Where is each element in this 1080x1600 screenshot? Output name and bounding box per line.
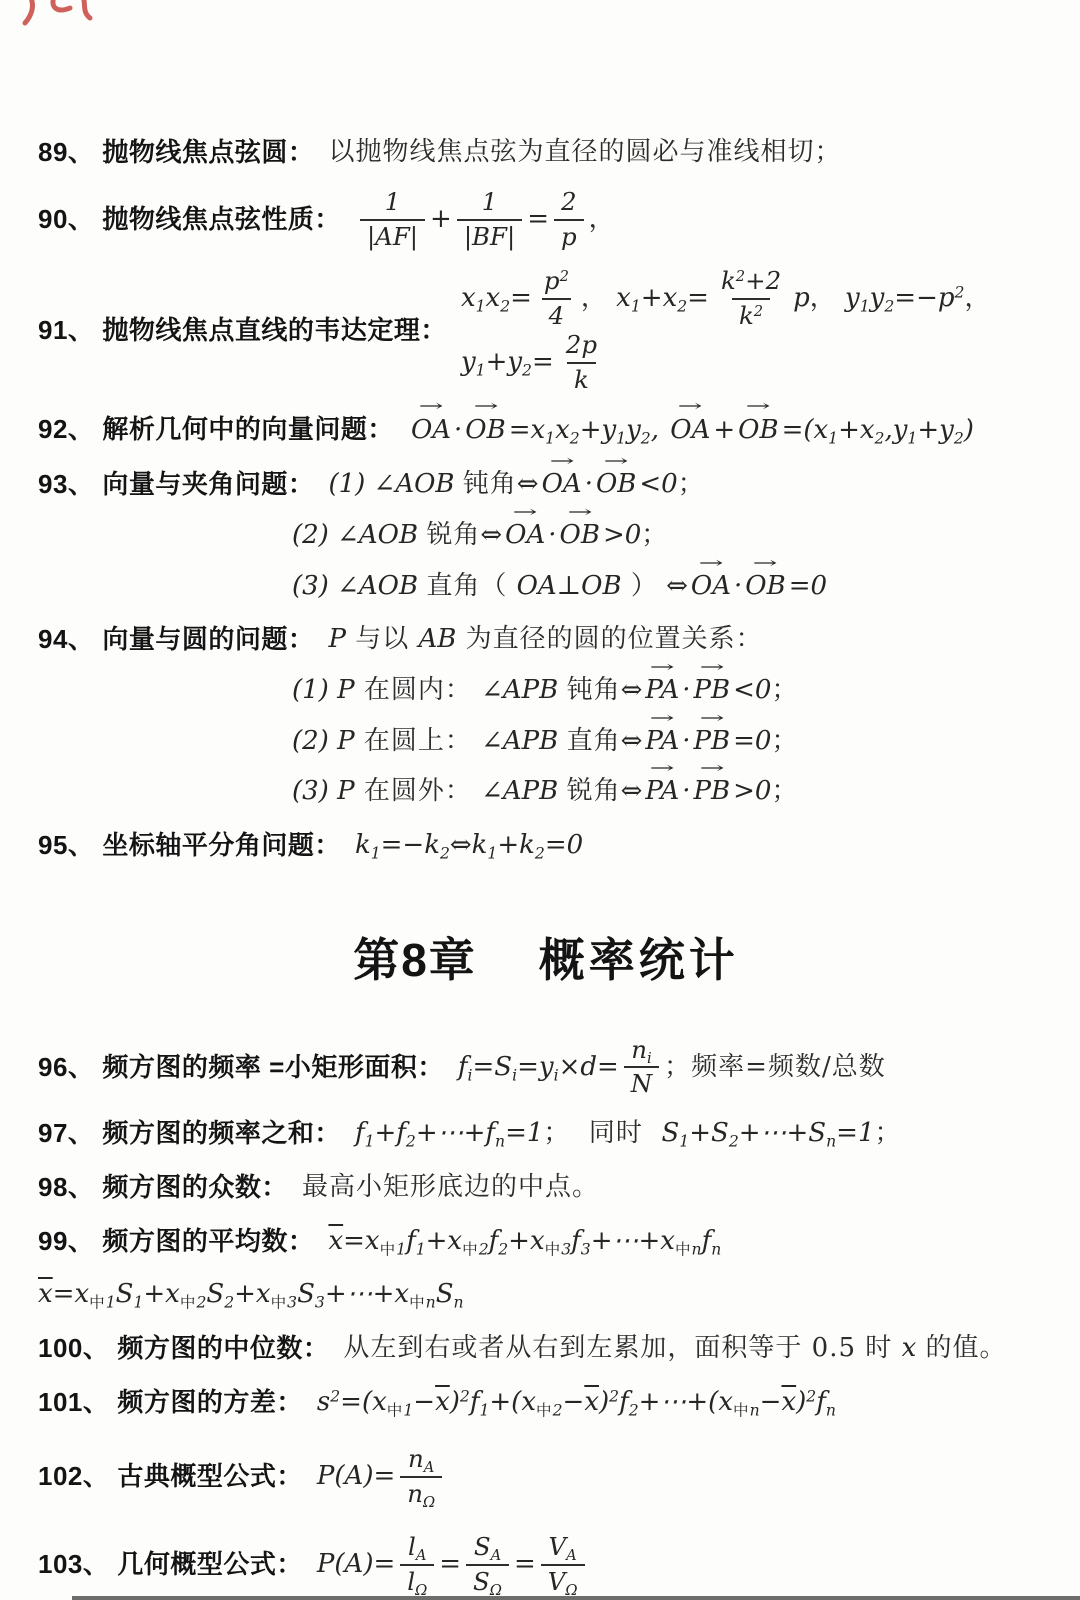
item-formula: 1|AF|+1|BF|=2p， [355,188,616,252]
item-formula: (2) P 在圆上： ∠APB 直角⇔→PA·→PB=0； [292,722,798,761]
fraction: 1|AF| [360,188,425,252]
item-92: 92、解析几何中的向量问题：→OA·→OB=x1x2+y1y2, →OA+→OB… [38,411,1054,450]
item-title: 抛物线焦点直线的韦达定理： [102,312,447,350]
vector-arrow-icon: → [699,761,724,777]
item-formula: 最高小矩形底边的中点。 [302,1169,599,1207]
item-formula: f1+f2+⋯+fn=1； 同时 S1+S2+⋯+Sn=1； [355,1115,902,1153]
item-formula: fi=Si=yi×d=niN；频率=频数/总数 [458,1036,886,1100]
item-94-line2: (2) P 在圆上： ∠APB 直角⇔→PA·→PB=0； [38,722,1054,761]
fraction: lAlΩ [400,1533,434,1597]
item-formula: →OA·→OB=x1x2+y1y2, →OA+→OB=(x1+x2,y1+y2) [408,411,974,450]
vector-notation: →OB [596,465,636,504]
item-number: 97、 [38,1115,94,1153]
vector-arrow-icon: → [678,399,703,415]
item-formula: P(A)=nAnΩ [317,1445,447,1509]
item-formula: x=x中1f1+x中2f2+x中3f3+⋯+x中nfn [328,1223,721,1261]
item-number: 96、 [38,1049,94,1087]
item-title: 频方图的平均数： [102,1223,314,1261]
item-number: 90、 [38,201,94,239]
item-94-line1: (1) P 在圆内： ∠APB 钝角⇔→PA·→PB<0； [38,671,1054,710]
item-number: 94、 [38,621,94,659]
vector-notation: →PA [645,722,679,761]
fraction: 2pk [559,331,604,395]
vector-notation: →PA [645,671,679,710]
item-number: 101、 [38,1384,109,1422]
vector-notation: →OA [670,411,710,450]
fraction: 1|BF| [457,188,522,252]
vector-notation: →PB [694,772,731,811]
fraction: nAnΩ [400,1445,442,1509]
item-number: 98、 [38,1169,94,1207]
vector-arrow-icon: → [746,399,771,415]
item-title: 频方图的频率 =小矩形面积： [102,1049,443,1087]
page-edge-shadow [72,1596,1080,1600]
item-93: 93、向量与夹角问题：(1) ∠AOB 钝角⇔→OA·→OB<0； [38,465,1054,504]
item-101: 101、频方图的方差：s2=(x中1−x)2f1+(x中2−x)2f2+⋯+(x… [38,1384,1054,1422]
item-93-line2: (2) ∠AOB 锐角⇔→OA·→OB>0； [38,516,1054,555]
item-title: 解析几何中的向量问题： [102,411,394,449]
vector-arrow-icon: → [604,454,629,470]
red-ink-mark [20,0,112,26]
item-number: 100、 [38,1330,109,1368]
item-number: 102、 [38,1458,109,1496]
item-number: 91、 [38,312,94,350]
item-97: 97、频方图的频率之和：f1+f2+⋯+fn=1； 同时 S1+S2+⋯+Sn=… [38,1115,1054,1153]
fraction: niN [624,1036,659,1100]
item-number: 99、 [38,1223,94,1261]
item-number: 95、 [38,827,94,865]
item-number: 89、 [38,134,94,172]
item-formula: s2=(x中1−x)2f1+(x中2−x)2f2+⋯+(x中n−x)2fn [317,1384,836,1422]
vector-arrow-icon: → [699,660,724,676]
item-formula: x1x2=p24， x1+x2=k2+2k2p， y1y2=−p2， y1+y2… [461,267,1054,394]
vector-arrow-icon: → [650,711,675,727]
item-number: 93、 [38,466,94,504]
item-title: 频方图的方差： [117,1384,303,1422]
vector-arrow-icon: → [650,660,675,676]
item-title: 频方图的众数： [102,1169,288,1207]
vector-arrow-icon: → [753,556,778,572]
vector-notation: →OA [691,567,731,606]
item-title: 几何概型公式： [117,1546,303,1584]
item-formula: P(A)=lAlΩ=SASΩ=VAVΩ [317,1533,590,1597]
item-90: 90、抛物线焦点弦性质：1|AF|+1|BF|=2p， [38,188,1054,252]
item-94: 94、向量与圆的问题：P 与以 AB 为直径的圆的位置关系： [38,621,1054,659]
item-formula: x=x中1S1+x中2S2+x中3S3+⋯+x中nSn [38,1276,464,1314]
item-94-line3: (3) P 在圆外： ∠APB 锐角⇔→PA·→PB>0； [38,772,1054,811]
vector-notation: →PB [694,671,731,710]
item-formula: (1) P 在圆内： ∠APB 钝角⇔→PA·→PB<0； [292,671,798,710]
item-formula: (3) ∠AOB 直角（ OA⊥OB ） ⇔→OA·→OB=0 [292,567,827,606]
item-title: 频方图的中位数： [117,1330,329,1368]
fraction: 2p [554,188,584,252]
item-title: 向量与圆的问题： [102,621,314,659]
vector-arrow-icon: → [699,556,724,572]
item-99-line2: x=x中1S1+x中2S2+x中3S3+⋯+x中nSn [38,1276,1054,1314]
fraction: k2+2k2 [714,267,788,331]
item-title: 抛物线焦点弦性质： [102,201,341,239]
item-title: 向量与夹角问题： [102,466,314,504]
vector-notation: →PB [694,722,731,761]
vector-notation: →OA [411,411,451,450]
item-93-line3: (3) ∠AOB 直角（ OA⊥OB ） ⇔→OA·→OB=0 [38,567,1054,606]
vector-arrow-icon: → [473,399,498,415]
vector-notation: →OA [542,465,582,504]
item-103: 103、几何概型公式：P(A)=lAlΩ=SASΩ=VAVΩ [38,1533,1054,1597]
vector-notation: →OB [560,516,600,555]
item-96: 96、频方图的频率 =小矩形面积：fi=Si=yi×d=niN；频率=频数/总数 [38,1036,1054,1100]
vector-arrow-icon: → [549,454,574,470]
item-100: 100、频方图的中位数：从左到右或者从右到左累加，面积等于 0.5 时 x 的值… [38,1330,1054,1368]
vector-notation: →OB [465,411,505,450]
document-page: { "page": { "colors": { "bg": "#fdfdfc",… [0,0,1080,1600]
vector-arrow-icon: → [650,761,675,777]
item-title: 概率统计 [539,927,739,994]
item-formula: P 与以 AB 为直径的圆的位置关系： [328,621,762,659]
fraction: SASΩ [466,1533,509,1597]
fraction: p24 [537,267,576,331]
item-formula: k1=−k2⇔k1+k2=0 [355,827,583,865]
item-title: 坐标轴平分角问题： [102,827,341,865]
item-title: 抛物线焦点弦圆： [102,134,314,172]
vector-arrow-icon: → [419,399,444,415]
item-98: 98、频方图的众数：最高小矩形底边的中点。 [38,1169,1054,1207]
fraction: VAVΩ [541,1533,585,1597]
vector-notation: →OB [738,411,778,450]
vector-arrow-icon: → [567,505,592,521]
item-formula: 从左到右或者从右到左累加，面积等于 0.5 时 x 的值。 [343,1330,1006,1368]
item-formula: (1) ∠AOB 钝角⇔→OA·→OB<0； [328,465,704,504]
item-formula: (3) P 在圆外： ∠APB 锐角⇔→PA·→PB>0； [292,772,798,811]
vector-notation: →PA [645,772,679,811]
item-number: 103、 [38,1546,109,1584]
item-number: 第8章 [353,927,477,994]
item-title: 古典概型公式： [117,1458,303,1496]
vector-notation: →OA [505,516,545,555]
item-89: 89、抛物线焦点弦圆：以抛物线焦点弦为直径的圆必与准线相切； [38,134,1054,172]
item-102: 102、古典概型公式：P(A)=nAnΩ [38,1445,1054,1509]
vector-arrow-icon: → [699,711,724,727]
vector-notation: →OB [745,567,785,606]
item-formula: (2) ∠AOB 锐角⇔→OA·→OB>0； [292,516,668,555]
vector-arrow-icon: → [513,505,538,521]
item-title: 频方图的频率之和： [102,1115,341,1153]
formula-list: 89、抛物线焦点弦圆：以抛物线焦点弦为直径的圆必与准线相切；90、抛物线焦点弦性… [0,0,1080,1597]
item-95: 95、坐标轴平分角问题：k1=−k2⇔k1+k2=0 [38,827,1054,865]
item-99: 99、频方图的平均数：x=x中1f1+x中2f2+x中3f3+⋯+x中nfn [38,1223,1054,1261]
chapter-heading: 第8章概率统计 [38,927,1054,994]
item-91: 91、抛物线焦点直线的韦达定理：x1x2=p24， x1+x2=k2+2k2p，… [38,267,1054,394]
item-number: 92、 [38,411,94,449]
item-formula: 以抛物线焦点弦为直径的圆必与准线相切； [328,134,841,172]
